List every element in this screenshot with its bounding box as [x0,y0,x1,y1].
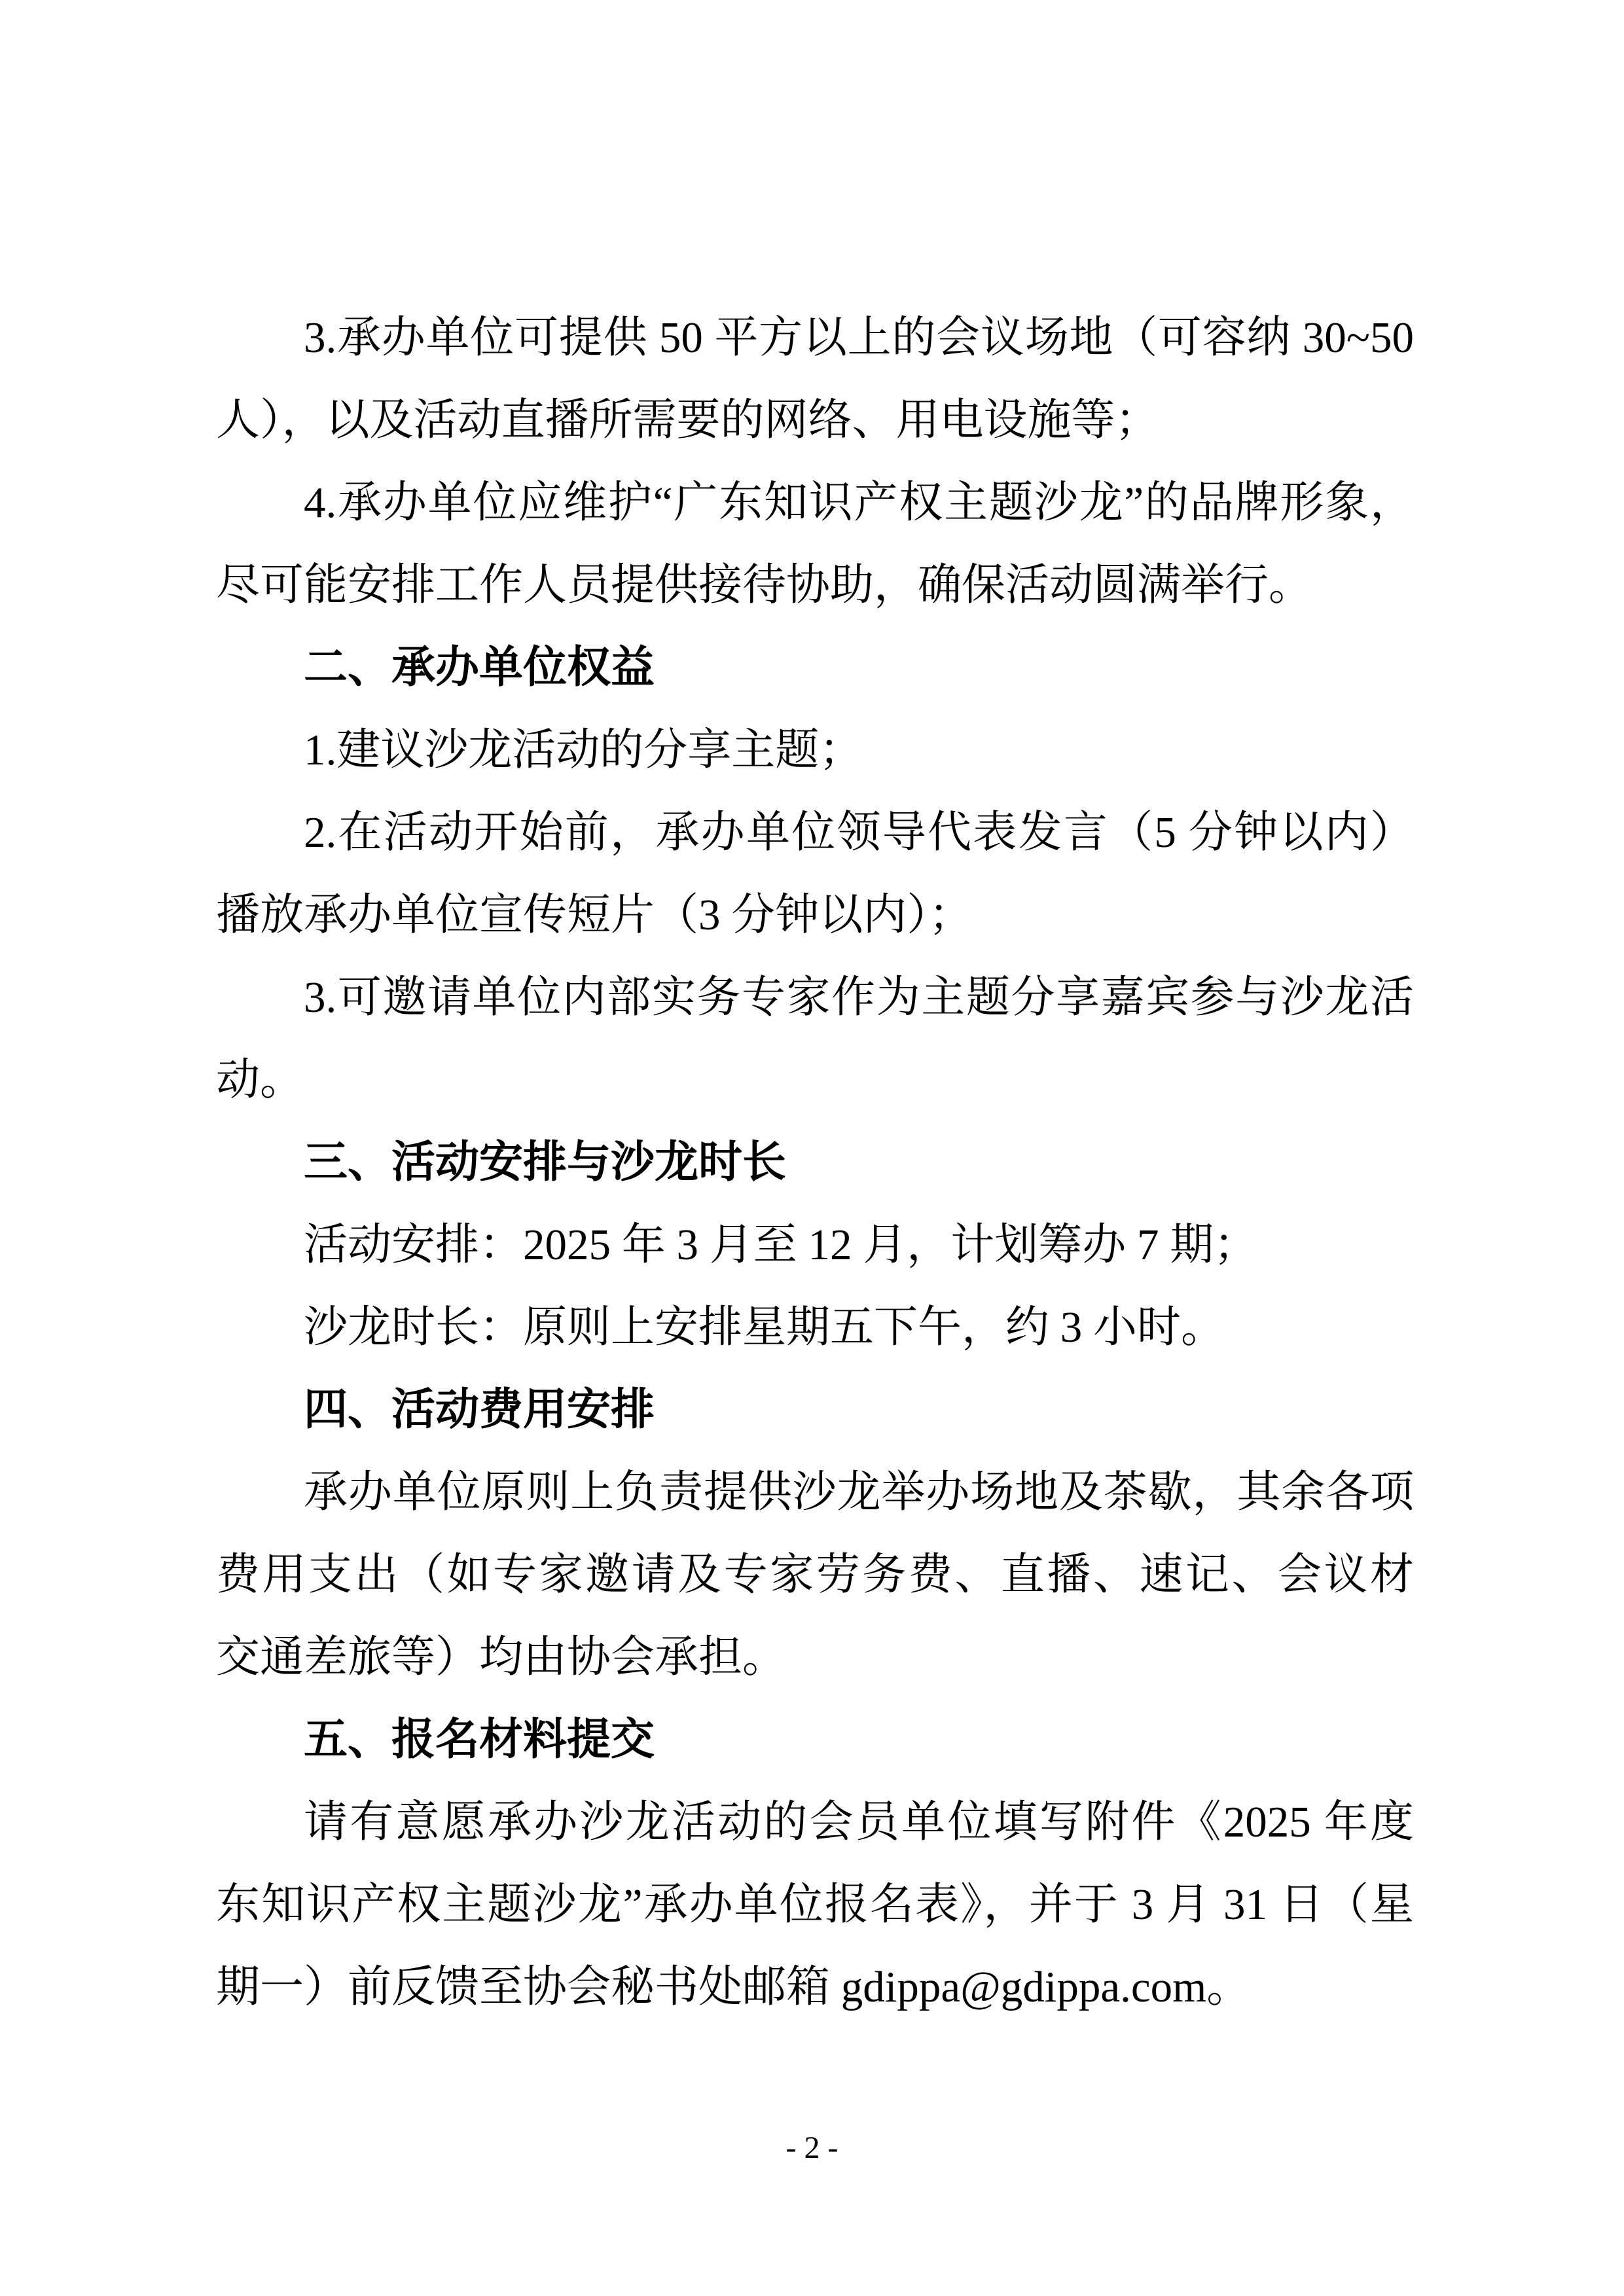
paragraph-line: 请有意愿承办沙龙活动的会员单位填写附件《2025 年度“广 [216,1781,1414,1863]
document-body: 3.承办单位可提供 50 平方以上的会议场地（可容纳 30~50人），以及活动直… [216,296,1414,2028]
paragraph-line: 播放承办单位宣传短片（3 分钟以内）； [216,874,1414,956]
section-heading: 三、活动安排与沙龙时长 [216,1121,1414,1204]
paragraph-line: 2.在活动开始前，承办单位领导代表发言（5 分钟以内）或 [216,791,1414,874]
section-heading: 四、活动费用安排 [216,1369,1414,1451]
section-heading: 二、承办单位权益 [216,626,1414,709]
paragraph-line: 3.承办单位可提供 50 平方以上的会议场地（可容纳 30~50 [216,296,1414,379]
paragraph-line: 动。 [216,1039,1414,1121]
paragraph-line: 4.承办单位应维护“广东知识产权主题沙龙”的品牌形象， [216,461,1414,544]
paragraph-line: 人），以及活动直播所需要的网络、用电设施等； [216,379,1414,461]
paragraph-line: 交通差旅等）均由协会承担。 [216,1616,1414,1698]
paragraph-line: 承办单位原则上负责提供沙龙举办场地及茶歇，其余各项 [216,1451,1414,1534]
paragraph-line: 尽可能安排工作人员提供接待协助，确保活动圆满举行。 [216,544,1414,626]
paragraph-line: 期一）前反馈至协会秘书处邮箱 gdippa@gdippa.com。 [216,1946,1414,2028]
page-number: - 2 - [0,2128,1624,2168]
document-page: 3.承办单位可提供 50 平方以上的会议场地（可容纳 30~50人），以及活动直… [0,0,1624,2296]
paragraph-line: 1.建议沙龙活动的分享主题； [216,709,1414,791]
paragraph-line: 费用支出（如专家邀请及专家劳务费、直播、速记、会议材料、 [216,1534,1414,1616]
paragraph-line: 3.可邀请单位内部实务专家作为主题分享嘉宾参与沙龙活 [216,956,1414,1039]
paragraph-line: 沙龙时长：原则上安排星期五下午，约 3 小时。 [216,1286,1414,1369]
section-heading: 五、报名材料提交 [216,1698,1414,1781]
paragraph-line: 东知识产权主题沙龙”承办单位报名表》，并于 3 月 31 日（星 [216,1863,1414,1946]
paragraph-line: 活动安排：2025 年 3 月至 12 月，计划筹办 7 期； [216,1204,1414,1286]
